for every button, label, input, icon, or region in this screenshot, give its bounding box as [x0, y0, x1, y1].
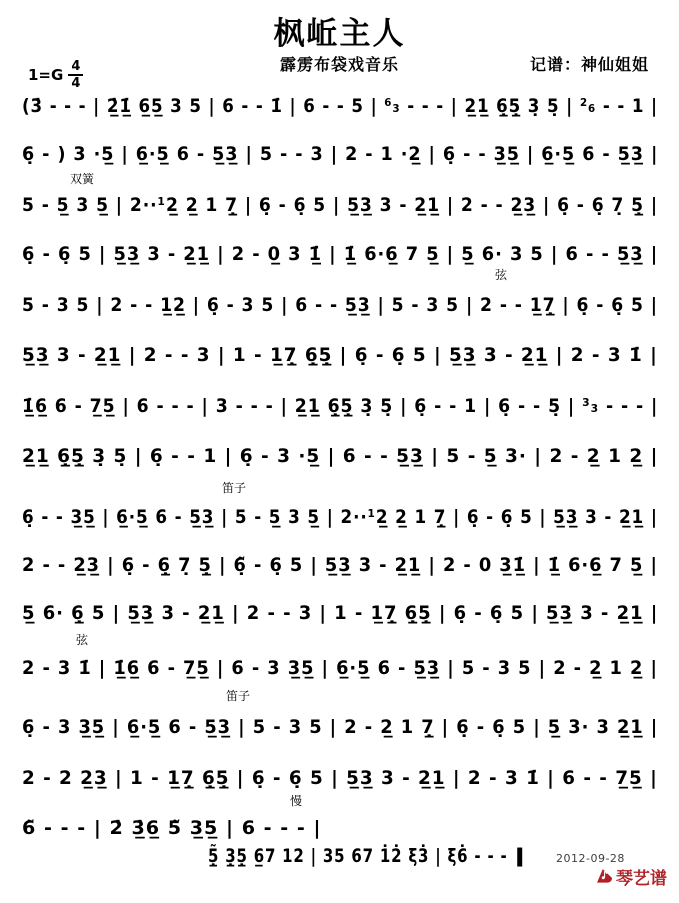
- music-line: 5̲3̲ 3 - 2̲1̲ | 2 - - 3 | 1 - 1̲7̲̣ 6̲̣5…: [22, 344, 658, 367]
- instrument-cue-label: 慢: [290, 794, 302, 808]
- music-line: 6̃ - - - | 2̇ 3̲̇6̲ 5̃ 3̲5̲ | 6 - - - |: [22, 817, 322, 840]
- instrument-cue-label: 弦: [495, 268, 507, 282]
- score-area: (3̇ - - - | 2̲̇1̲̇ 6̲5̲ 3 5 | 6 - - 1̇ |…: [0, 0, 679, 903]
- qinyipu-logo-icon: [594, 866, 615, 887]
- music-line: 6̣ - 6̣ 5 | 5̲3̲ 3 - 2̲1̲ | 2 - 0̲ 3 1̲̇…: [22, 243, 658, 266]
- music-line: 2 - 3 1̇ | 1̲̇6̲ 6 - 7̲5̲ | 6 - 3 3̲5̲ |…: [22, 657, 658, 680]
- music-line: 2̲1̲ 6̲̣5̲̣ 3̣ 5̣ | 6̣ - - 1 | 6̣ - 3 ·5…: [22, 445, 658, 468]
- music-line: (3̇ - - - | 2̲̇1̲̇ 6̲5̲ 3 5 | 6 - - 1̇ |…: [22, 95, 658, 118]
- qinyipu-logo: 琴艺谱: [594, 864, 667, 889]
- music-line: 6̣ - - 3̲5̲ | 6̲·5̲ 6 - 5̲3̲ | 5 - 5̲ 3 …: [22, 506, 658, 529]
- music-line: 5̲̣̃ 3̲̣5̲̣ 6̲7 12 | 35 67 1̇2̇ ξ3̇ | ξ6…: [208, 845, 527, 868]
- music-line: 6̣ - 3 3̲5̲ | 6̲·5̲ 6 - 5̲3̲ | 5 - 3 5 |…: [22, 716, 658, 739]
- qinyipu-logo-text: 琴艺谱: [616, 864, 667, 889]
- sheet-music-page: 枫岴主人 霹雳布袋戏音乐 记谱：神仙姐姐 1=G 4 4 (3̇ - - - |…: [0, 0, 679, 903]
- music-line: 5 - 3 5 | 2 - - 1̲2̲ | 6̣ - 3 5 | 6 - - …: [22, 294, 658, 317]
- music-line: 2 - - 2̲3̲ | 6̣ - 6̲̣ 7̣ 5̲̣ | 6̣̃ - 6̣ …: [22, 554, 658, 577]
- instrument-cue-label: 弦: [76, 633, 88, 647]
- music-line: 5 - 5̲ 3 5̲ | 2··¹2̲ 2̲ 1 7̲̣ | 6̣ - 6̣ …: [22, 194, 658, 217]
- instrument-cue-label: 笛子: [222, 481, 246, 495]
- music-line: 6̣ - ) 3 ·5̲ | 6̲·5̲ 6 - 5̲3̲ | 5 - - 3 …: [22, 143, 658, 166]
- instrument-cue-label: 双簧: [70, 172, 94, 186]
- music-line: 1̲̇6̲ 6 - 7̲5̲ | 6 - - - | 3 - - - | 2̲1…: [22, 395, 658, 418]
- instrument-cue-label: 笛子: [226, 689, 250, 703]
- music-line: 5̲ 6· 6̲̣ 5 | 5̲3̲ 3 - 2̲1̲ | 2 - - 3 | …: [22, 602, 658, 625]
- music-line: 2 - 2 2̲3̲ | 1 - 1̲7̲̣ 6̲̣5̲̣ | 6̣ - 6̣ …: [22, 767, 658, 790]
